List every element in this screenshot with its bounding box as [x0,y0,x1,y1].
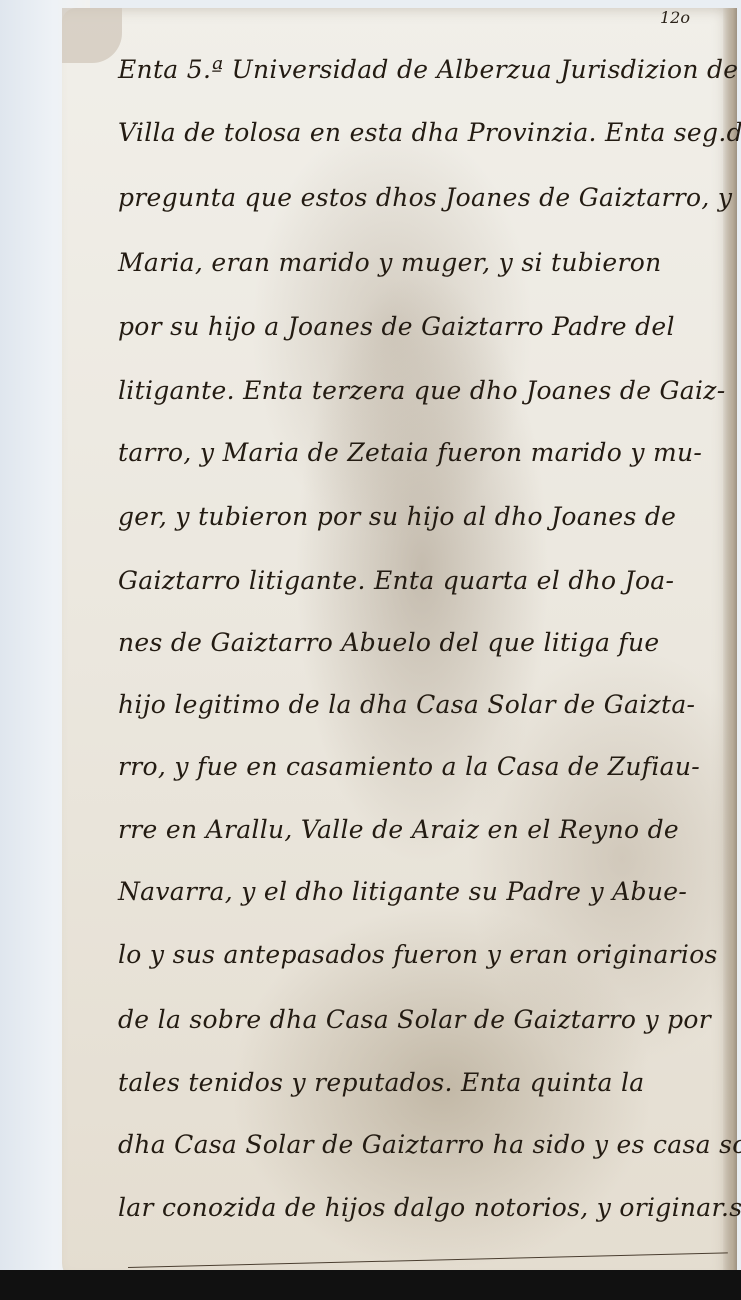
text-line: Enta 5.ª Universidad de Alberzua Jurisdi… [118,55,718,84]
text-line: dha Casa Solar de Gaiztarro ha sido y es… [118,1130,718,1159]
text-line: litigante. Enta terzera que dho Joanes d… [118,376,718,405]
scan-background [0,1270,741,1300]
text-line: por su hijo a Joanes de Gaiztarro Padre … [118,312,718,341]
text-line: Villa de tolosa en esta dha Provinzia. E… [118,118,718,147]
text-line: Navarra, y el dho litigante su Padre y A… [118,877,718,906]
text-line: nes de Gaiztarro Abuelo del que litiga f… [118,628,718,657]
text-line: rre en Arallu, Valle de Araiz en el Reyn… [118,815,718,844]
text-line: lar conozida de hijos dalgo notorios, y … [118,1193,718,1222]
text-line: Gaiztarro litigante. Enta quarta el dho … [118,566,718,595]
text-line: hijo legitimo de la dha Casa Solar de Ga… [118,690,718,719]
text-line: lo y sus antepasados fueron y eran origi… [118,940,718,969]
text-line: ger, y tubieron por su hijo al dho Joane… [118,502,718,531]
text-line: pregunta que estos dhos Joanes de Gaizta… [118,183,718,212]
text-line: de la sobre dha Casa Solar de Gaiztarro … [118,1005,718,1034]
text-line: rro, y fue en casamiento a la Casa de Zu… [118,752,718,781]
text-line: tarro, y Maria de Zetaia fueron marido y… [118,438,718,467]
text-line: tales tenidos y reputados. Enta quinta l… [118,1068,718,1097]
text-line: Maria, eran marido y muger, y si tubiero… [118,248,718,277]
manuscript-text: Enta 5.ª Universidad de Alberzua Jurisdi… [0,0,741,1300]
